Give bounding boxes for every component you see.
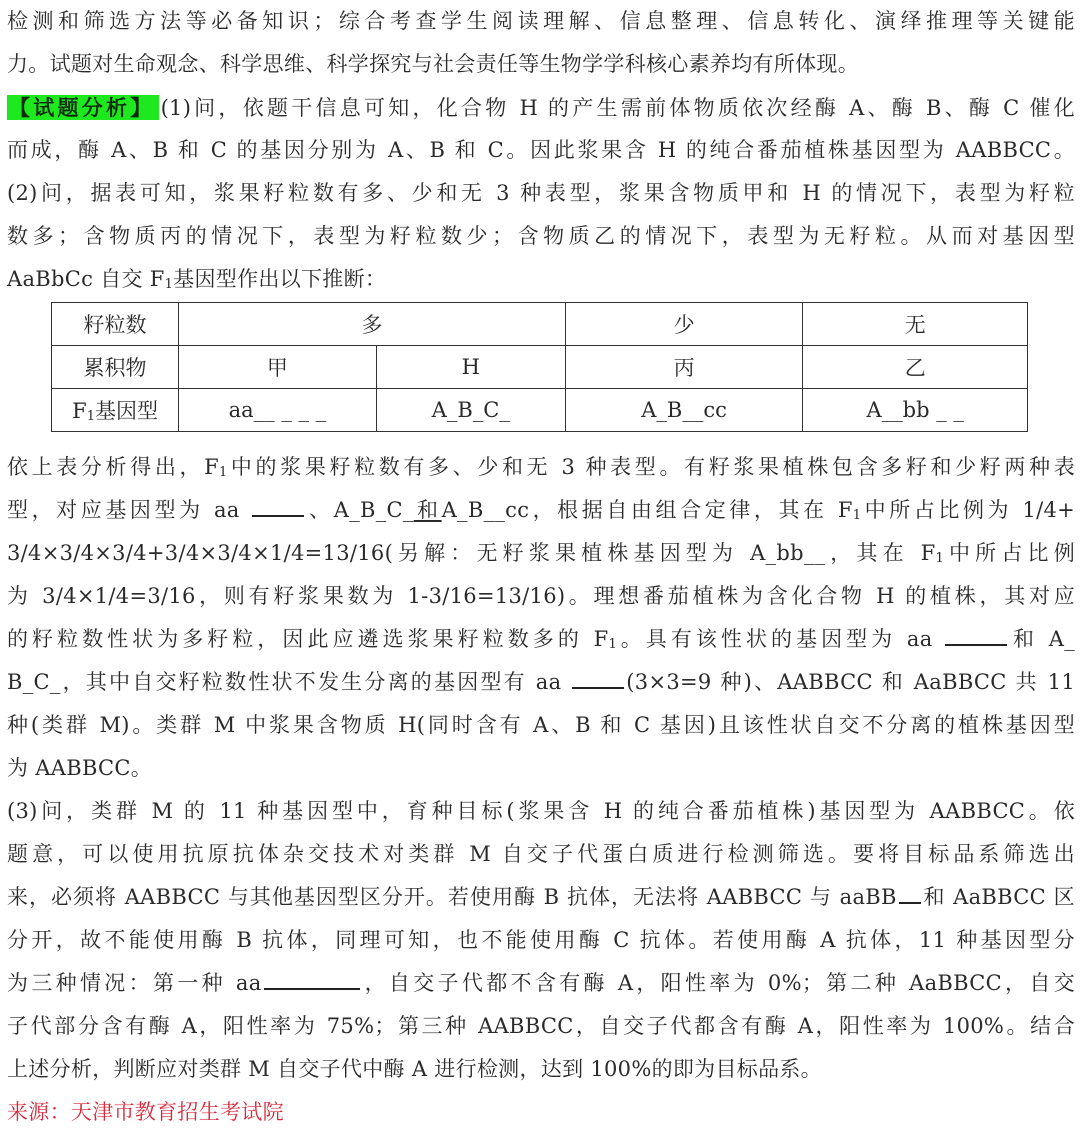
cell-jia: 甲 bbox=[179, 346, 377, 389]
cell-yi: 乙 bbox=[803, 346, 1028, 389]
text-line-11: 为 3/4×1/4=3/16，则有籽浆果数为 1-3/16=13/16)。理想番… bbox=[7, 575, 1075, 618]
cell-few: 少 bbox=[565, 303, 803, 346]
text-line-12: 的籽粒数性状为多籽粒，因此应遴选浆果籽粒数多的 F1。具有该性状的基因型为 aa… bbox=[7, 618, 1075, 661]
table-row-genotype: F1基因型 aa__ _ _ _ A_B_C_ A_B__cc A__bb _ … bbox=[52, 389, 1028, 432]
cell-none: 无 bbox=[803, 303, 1028, 346]
row-header: 累积物 bbox=[52, 346, 179, 389]
table-row-seed-count: 籽粒数 多 少 无 bbox=[52, 303, 1028, 346]
text-line-20: 为三种情况：第一种 aa，自交子代都不含有酶 A，阳性率为 0%；第二种 AaB… bbox=[7, 962, 1075, 1005]
table-row-accumulated: 累积物 甲 H 丙 乙 bbox=[52, 346, 1028, 389]
cell-bing: 丙 bbox=[565, 346, 803, 389]
analysis-tag: 【试题分析】 bbox=[7, 95, 159, 120]
row-header: 籽粒数 bbox=[52, 303, 179, 346]
text-line-13: B_C_，其中自交籽粒数性状不发生分离的基因型有 aa (3×3=9 种)、AA… bbox=[7, 661, 1075, 704]
text-line-8: 依上表分析得出，F1中的浆果籽粒数有多、少和无 3 种表型。有籽浆果植株包含多籽… bbox=[7, 446, 1075, 489]
text-line-10: 3/4×3/4×3/4+3/4×3/4×1/4=13/16(另解：无籽浆果植株基… bbox=[7, 532, 1075, 575]
source-attribution: 来源：天津市教育招生考试院 bbox=[7, 1091, 1075, 1134]
text-line-4: 而成，酶 A、B 和 C 的基因分别为 A、B 和 C。因此浆果含 H 的纯合番… bbox=[7, 129, 1075, 172]
genotype-table: 籽粒数 多 少 无 累积物 甲 H 丙 乙 F1基因型 aa__ _ _ _ A… bbox=[51, 302, 1028, 432]
text-line-5: (2)问，据表可知，浆果籽粒数有多、少和无 3 种表型，浆果含物质甲和 H 的情… bbox=[7, 172, 1075, 215]
cell-h: H bbox=[376, 346, 565, 389]
text-line-17: 题意，可以使用抗原抗体杂交技术对类群 M 自交子代蛋白质进行检测筛选。要将目标品… bbox=[7, 833, 1075, 876]
text-line-3: 【试题分析】(1)问，依题干信息可知，化合物 H 的产生需前体物质依次经酶 A、… bbox=[7, 86, 1075, 129]
blank-underline bbox=[572, 686, 624, 689]
text-line-15: 为 AABBCC。 bbox=[7, 747, 1075, 790]
blank-underline bbox=[899, 901, 921, 904]
cell-genotype-jia: aa__ _ _ _ bbox=[179, 389, 377, 432]
text-line-1: 检测和筛选方法等必备知识；综合考查学生阅读理解、信息整理、信息转化、演绎推理等关… bbox=[7, 0, 1075, 43]
text-line-18: 来，必须将 AABBCC 与其他基因型区分开。若使用酶 B 抗体，无法将 AAB… bbox=[7, 876, 1075, 919]
text-line-16: (3)问，类群 M 的 11 种基因型中，育种目标(浆果含 H 的纯合番茄植株)… bbox=[7, 790, 1075, 833]
cell-genotype-bing: A_B__cc bbox=[565, 389, 803, 432]
blank-underline bbox=[252, 514, 304, 517]
text-line-7: AaBbCc 自交 F1基因型作出以下推断： bbox=[7, 258, 1075, 301]
text-line-2: 力。试题对生命观念、科学思维、科学探究与社会责任等生物学学科核心素养均有所体现。 bbox=[7, 43, 1075, 86]
blank-underline bbox=[945, 643, 1007, 646]
text-line-21: 子代部分含有酶 A，阳性率为 75%；第三种 AABBCC，自交子代都含有酶 A… bbox=[7, 1005, 1075, 1048]
text-line-14: 种(类群 M)。类群 M 中浆果含物质 H(同时含有 A、B 和 C 基因)且该… bbox=[7, 704, 1075, 747]
cell-many: 多 bbox=[179, 303, 566, 346]
row-header: F1基因型 bbox=[52, 389, 179, 432]
cell-genotype-yi: A__bb _ _ bbox=[803, 389, 1028, 432]
text-line-22: 上述分析，判断应对类群 M 自交子代中酶 A 进行检测，达到 100%的即为目标… bbox=[7, 1048, 1075, 1091]
blank-underline bbox=[264, 987, 360, 990]
text-line-6: 数多；含物质丙的情况下，表型为籽粒数少；含物质乙的情况下，表型为无籽粒。从而对基… bbox=[7, 215, 1075, 258]
text-line-19: 分开，故不能使用酶 B 抗体，同理可知，也不能使用酶 C 抗体。若使用酶 A 抗… bbox=[7, 919, 1075, 962]
cell-genotype-h: A_B_C_ bbox=[376, 389, 565, 432]
text-line-3-body: (1)问，依题干信息可知，化合物 H 的产生需前体物质依次经酶 A、酶 B、酶 … bbox=[161, 96, 1075, 120]
text-line-9: 型，对应基因型为 aa 、A_B_C_和A_B__cc，根据自由组合定律，其在 … bbox=[7, 489, 1075, 532]
